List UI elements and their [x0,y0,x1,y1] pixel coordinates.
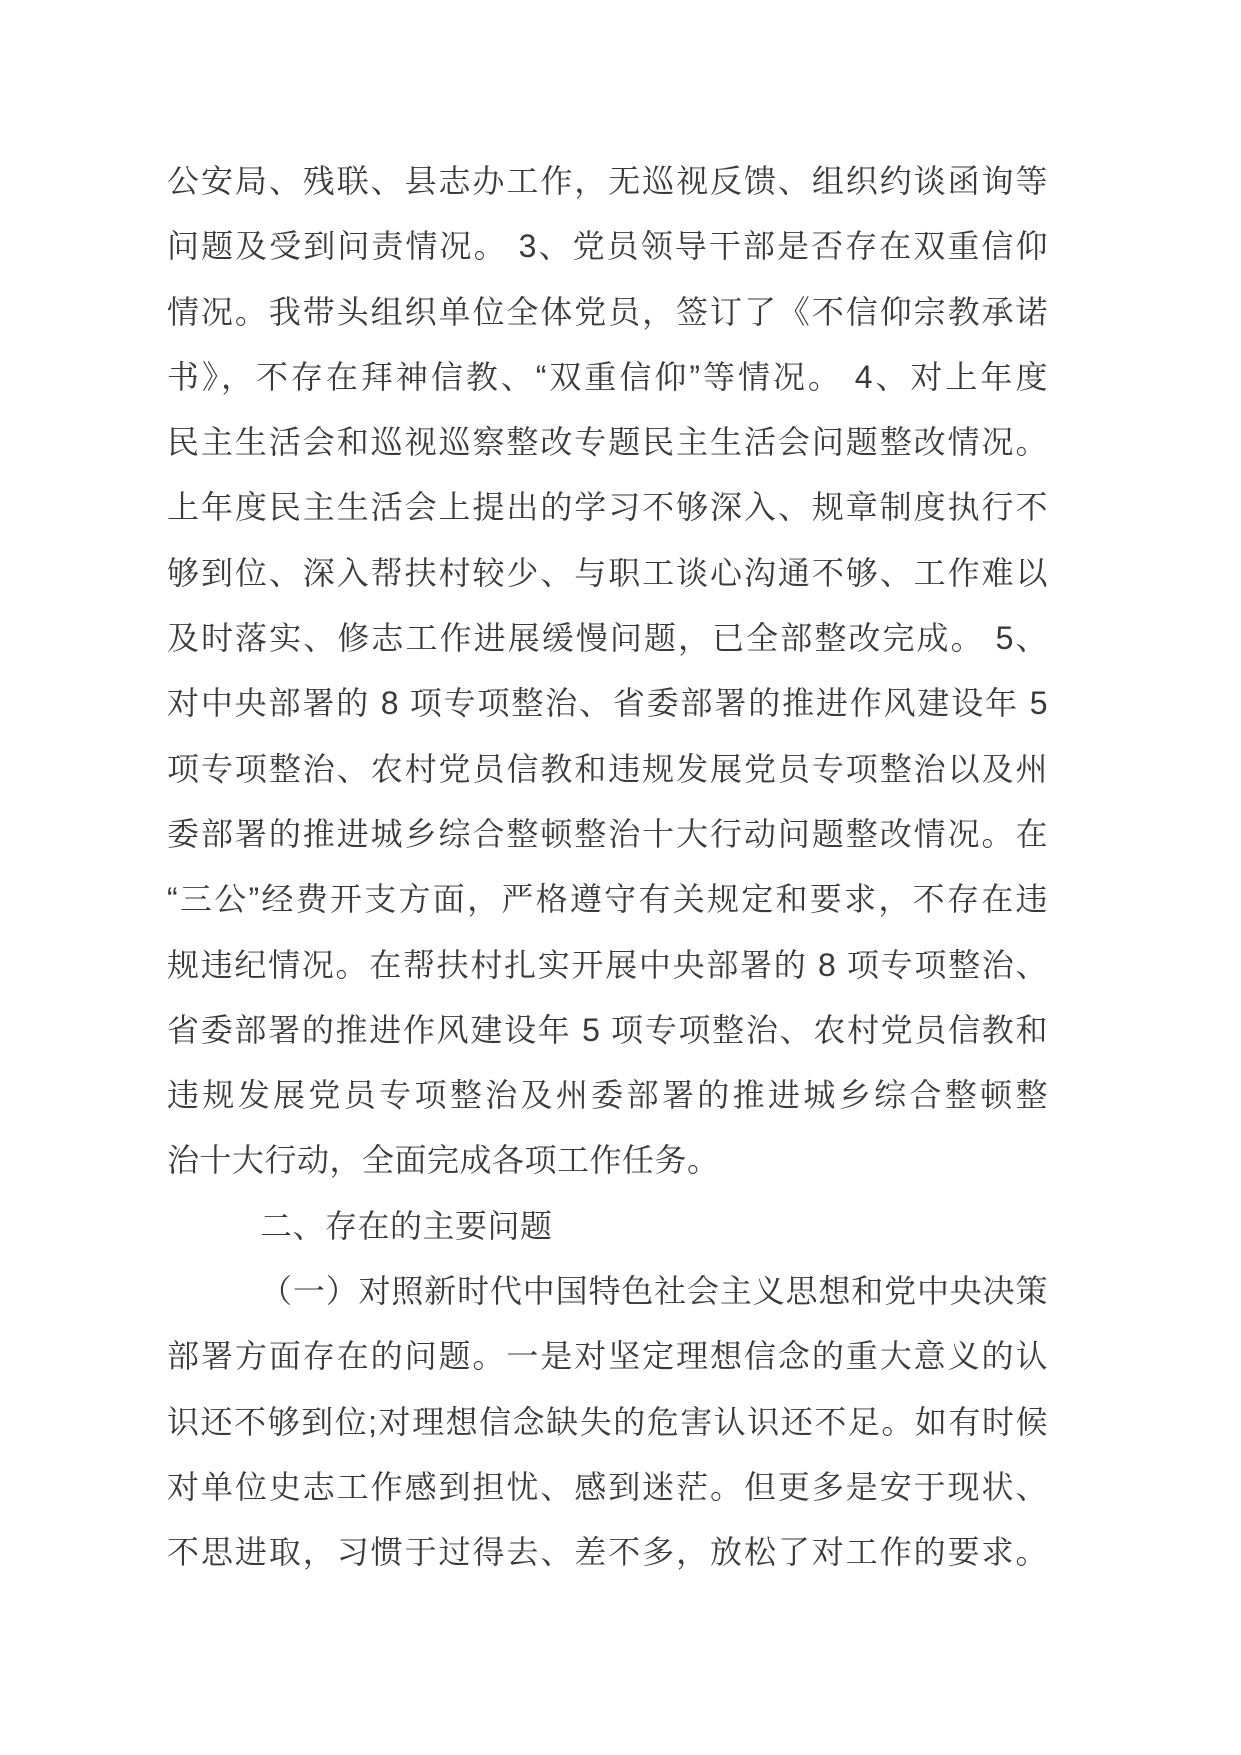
text-line-6: 上年度民主生活会上提出的学习不够深入、规章制度执行不 [167,475,1048,540]
text-line-11: 委部署的推进城乡综合整顿整治十大行动问题整改情况。在 [167,802,1048,867]
text-line-5: 民主生活会和巡视巡察整改专题民主生活会问题整改情况。 [167,410,1048,475]
text-line-3: 情况。我带头组织单位全体党员，签订了《不信仰宗教承诺 [167,280,1048,345]
text-line-19: 部署方面存在的问题。一是对坚定理想信念的重大意义的认 [167,1324,1048,1389]
text-line-18: （一）对照新时代中国特色社会主义思想和党中央决策 [167,1259,1048,1324]
text-line-14: 省委部署的推进作风建设年 5 项专项整治、农村党员信教和 [167,998,1048,1063]
text-line-12: “三公”经费开支方面，严格遵守有关规定和要求，不存在违 [167,867,1048,932]
text-line-20: 识还不够到位;对理想信念缺失的危害认识还不足。如有时候 [167,1390,1048,1455]
text-line-13: 规违纪情况。在帮扶村扎实开展中央部署的 8 项专项整治、 [167,933,1048,998]
document-body-text: 公安局、残联、县志办工作，无巡视反馈、组织约谈函询等问题及受到问责情况。 3、党… [167,149,1048,1586]
text-line-10: 项专项整治、农村党员信教和违规发展党员专项整治以及州 [167,737,1048,802]
text-line-21: 对单位史志工作感到担忧、感到迷茫。但更多是安于现状、 [167,1455,1048,1520]
document-page: 公安局、残联、县志办工作，无巡视反馈、组织约谈函询等问题及受到问责情况。 3、党… [0,0,1241,1755]
text-line-4: 书》，不存在拜神信教、“双重信仰”等情况。 4、对上年度 [167,345,1048,410]
text-line-2: 问题及受到问责情况。 3、党员领导干部是否存在双重信仰 [167,214,1048,279]
text-line-17: 二、存在的主要问题 [167,1194,1048,1259]
text-line-15: 违规发展党员专项整治及州委部署的推进城乡综合整顿整 [167,1063,1048,1128]
text-line-1: 公安局、残联、县志办工作，无巡视反馈、组织约谈函询等 [167,149,1048,214]
text-line-9: 对中央部署的 8 项专项整治、省委部署的推进作风建设年 5 [167,671,1048,736]
text-line-8: 及时落实、修志工作进展缓慢问题，已全部整改完成。 5、 [167,606,1048,671]
text-line-22: 不思进取，习惯于过得去、差不多，放松了对工作的要求。 [167,1520,1048,1585]
text-line-7: 够到位、深入帮扶村较少、与职工谈心沟通不够、工作难以 [167,541,1048,606]
text-line-16: 治十大行动，全面完成各项工作任务。 [167,1128,1048,1193]
